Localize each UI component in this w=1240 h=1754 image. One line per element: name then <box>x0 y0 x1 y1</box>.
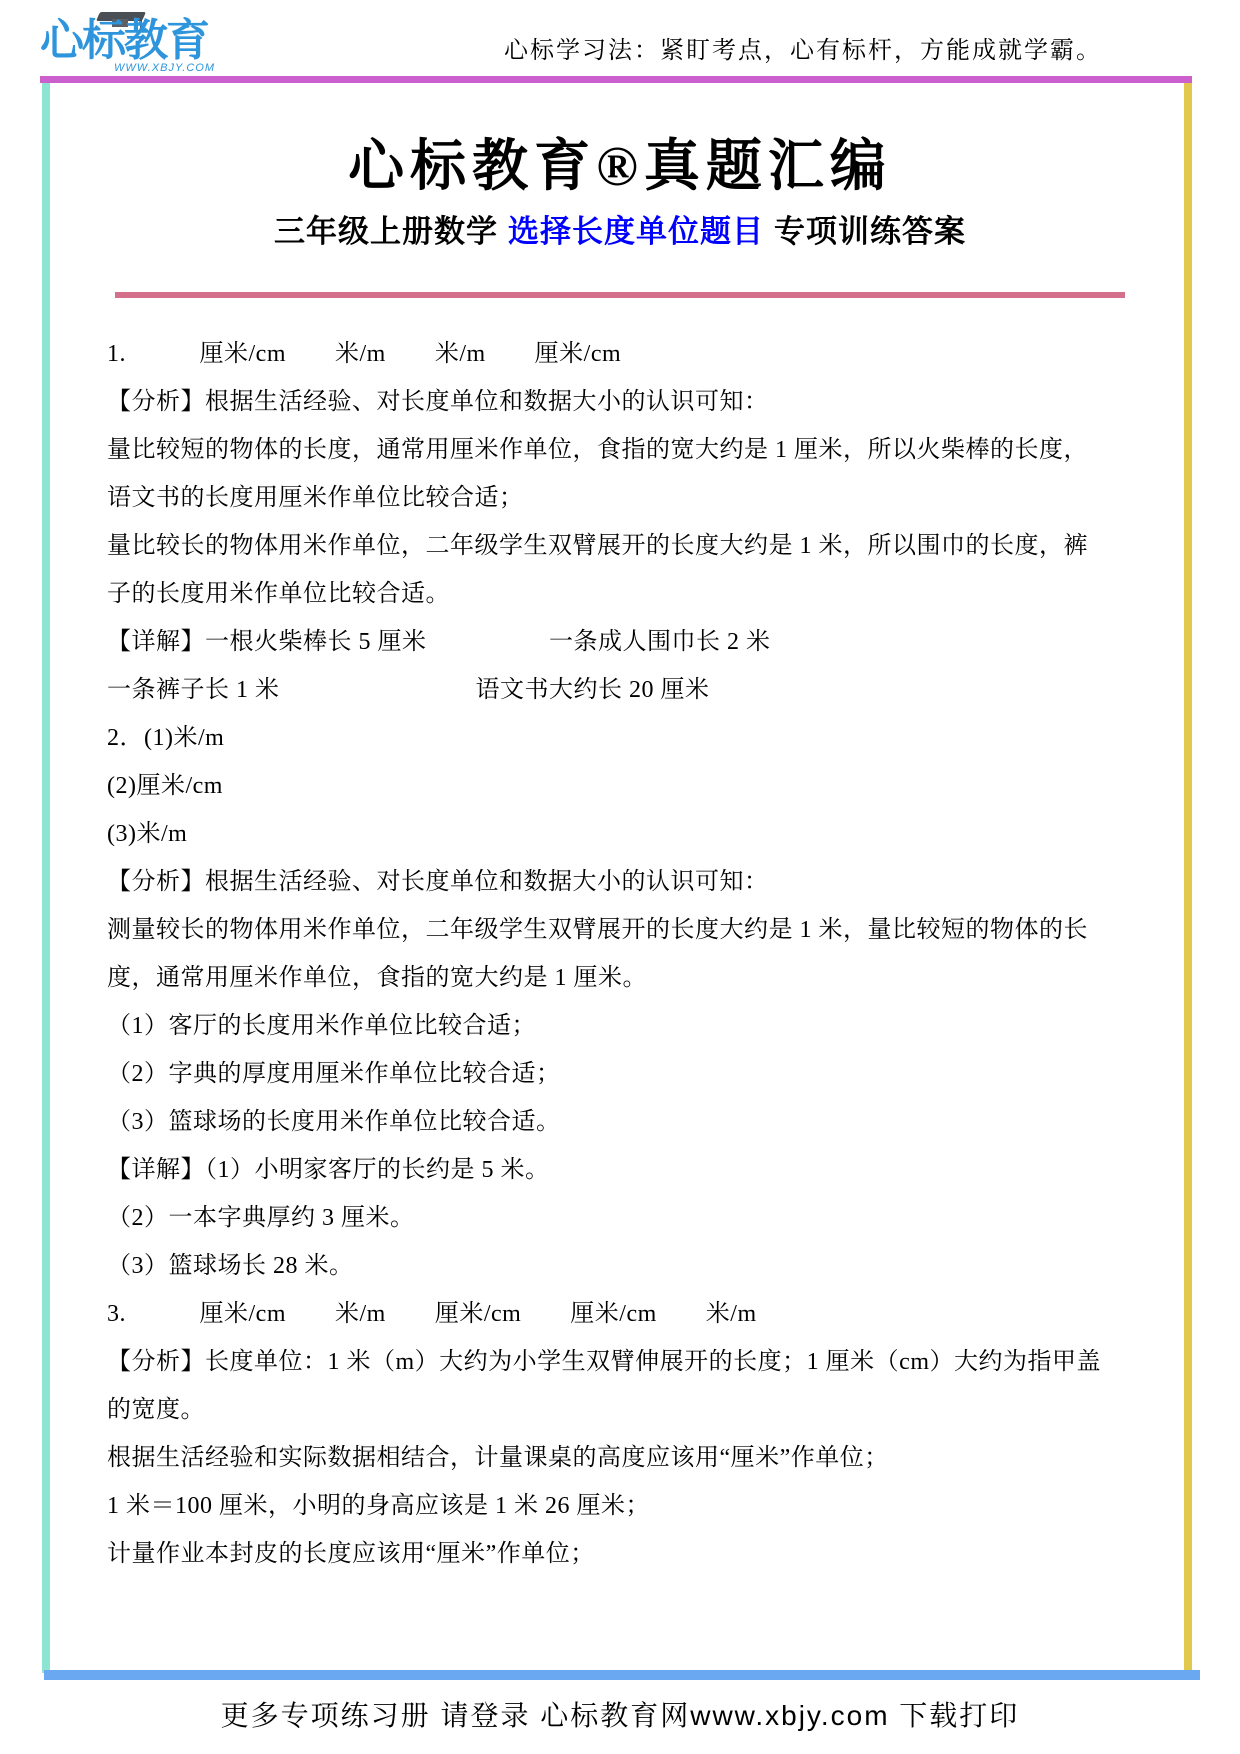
body-line: 【详解】一根火柴棒长 5 厘米 一条成人围巾长 2 米 <box>107 618 1137 666</box>
body-line: （3）篮球场长 28 米。 <box>107 1242 1137 1290</box>
page-bottom-border <box>44 1670 1200 1680</box>
header-divider-line <box>40 76 1192 83</box>
body-line: 一条裤子长 1 米 语文书大约长 20 厘米 <box>107 666 1137 714</box>
title-separator-line <box>115 292 1125 298</box>
document-page: 心标教育 WWW.XBJY.COM 心标学习法：紧盯考点，心有标杆，方能成就学霸… <box>0 0 1240 1754</box>
body-line: 2．(1)米/m <box>107 714 1137 762</box>
body-line: 1 米＝100 厘米，小明的身高应该是 1 米 26 厘米； <box>107 1482 1137 1530</box>
header-slogan: 心标学习法：紧盯考点，心有标杆，方能成就学霸。 <box>504 30 1102 65</box>
body-line: （2）字典的厚度用厘米作单位比较合适； <box>107 1050 1137 1098</box>
body-line: 测量较长的物体用米作单位，二年级学生双臂展开的长度大约是 1 米，量比较短的物体… <box>107 906 1137 954</box>
body-line: （1）客厅的长度用米作单位比较合适； <box>107 1002 1137 1050</box>
body-line: 量比较短的物体的长度，通常用厘米作单位，食指的宽大约是 1 厘米，所以火柴棒的长… <box>107 426 1137 474</box>
subtitle-prefix: 三年级上册数学 <box>274 214 498 249</box>
logo-website-text: WWW.XBJY.COM <box>114 62 215 74</box>
answer-body: 1. 厘米/cm 米/m 米/m 厘米/cm 【分析】根据生活经验、对长度单位和… <box>107 330 1137 1578</box>
body-line: （2）一本字典厚约 3 厘米。 <box>107 1194 1137 1242</box>
body-line: 计量作业本封皮的长度应该用“厘米”作单位； <box>107 1530 1137 1578</box>
body-line: 量比较长的物体用米作单位，二年级学生双臂展开的长度大约是 1 米，所以围巾的长度… <box>107 522 1137 570</box>
body-line: 子的长度用米作单位比较合适。 <box>107 570 1137 618</box>
body-line: 的宽度。 <box>107 1386 1137 1434</box>
page-subtitle: 三年级上册数学选择长度单位题目专项训练答案 <box>0 206 1240 251</box>
body-line: 度，通常用厘米作单位，食指的宽大约是 1 厘米。 <box>107 954 1137 1002</box>
body-line: 3. 厘米/cm 米/m 厘米/cm 厘米/cm 米/m <box>107 1290 1137 1338</box>
footer-text: 更多专项练习册 请登录 心标教育网www.xbjy.com 下载打印 <box>0 1694 1240 1734</box>
body-line: 【分析】长度单位：1 米（m）大约为小学生双臂伸展开的长度；1 厘米（cm）大约… <box>107 1338 1137 1386</box>
page-right-border <box>1184 83 1192 1673</box>
page-left-border <box>42 83 50 1673</box>
subtitle-highlight: 选择长度单位题目 <box>508 214 764 249</box>
body-line: 【分析】根据生活经验、对长度单位和数据大小的认识可知： <box>107 378 1137 426</box>
body-line: (3)米/m <box>107 810 1137 858</box>
body-line: （3）篮球场的长度用米作单位比较合适。 <box>107 1098 1137 1146</box>
body-line: 【分析】根据生活经验、对长度单位和数据大小的认识可知： <box>107 858 1137 906</box>
page-title: 心标教育®真题汇编 <box>0 122 1240 202</box>
body-line: 1. 厘米/cm 米/m 米/m 厘米/cm <box>107 330 1137 378</box>
subtitle-suffix: 专项训练答案 <box>774 214 966 249</box>
brand-logo: 心标教育 WWW.XBJY.COM <box>40 10 230 78</box>
body-line: (2)厘米/cm <box>107 762 1137 810</box>
body-line: 语文书的长度用厘米作单位比较合适； <box>107 474 1137 522</box>
body-line: 【详解】（1）小明家客厅的长约是 5 米。 <box>107 1146 1137 1194</box>
logo-text: 心标教育 <box>40 16 208 66</box>
body-line: 根据生活经验和实际数据相结合，计量课桌的高度应该用“厘米”作单位； <box>107 1434 1137 1482</box>
